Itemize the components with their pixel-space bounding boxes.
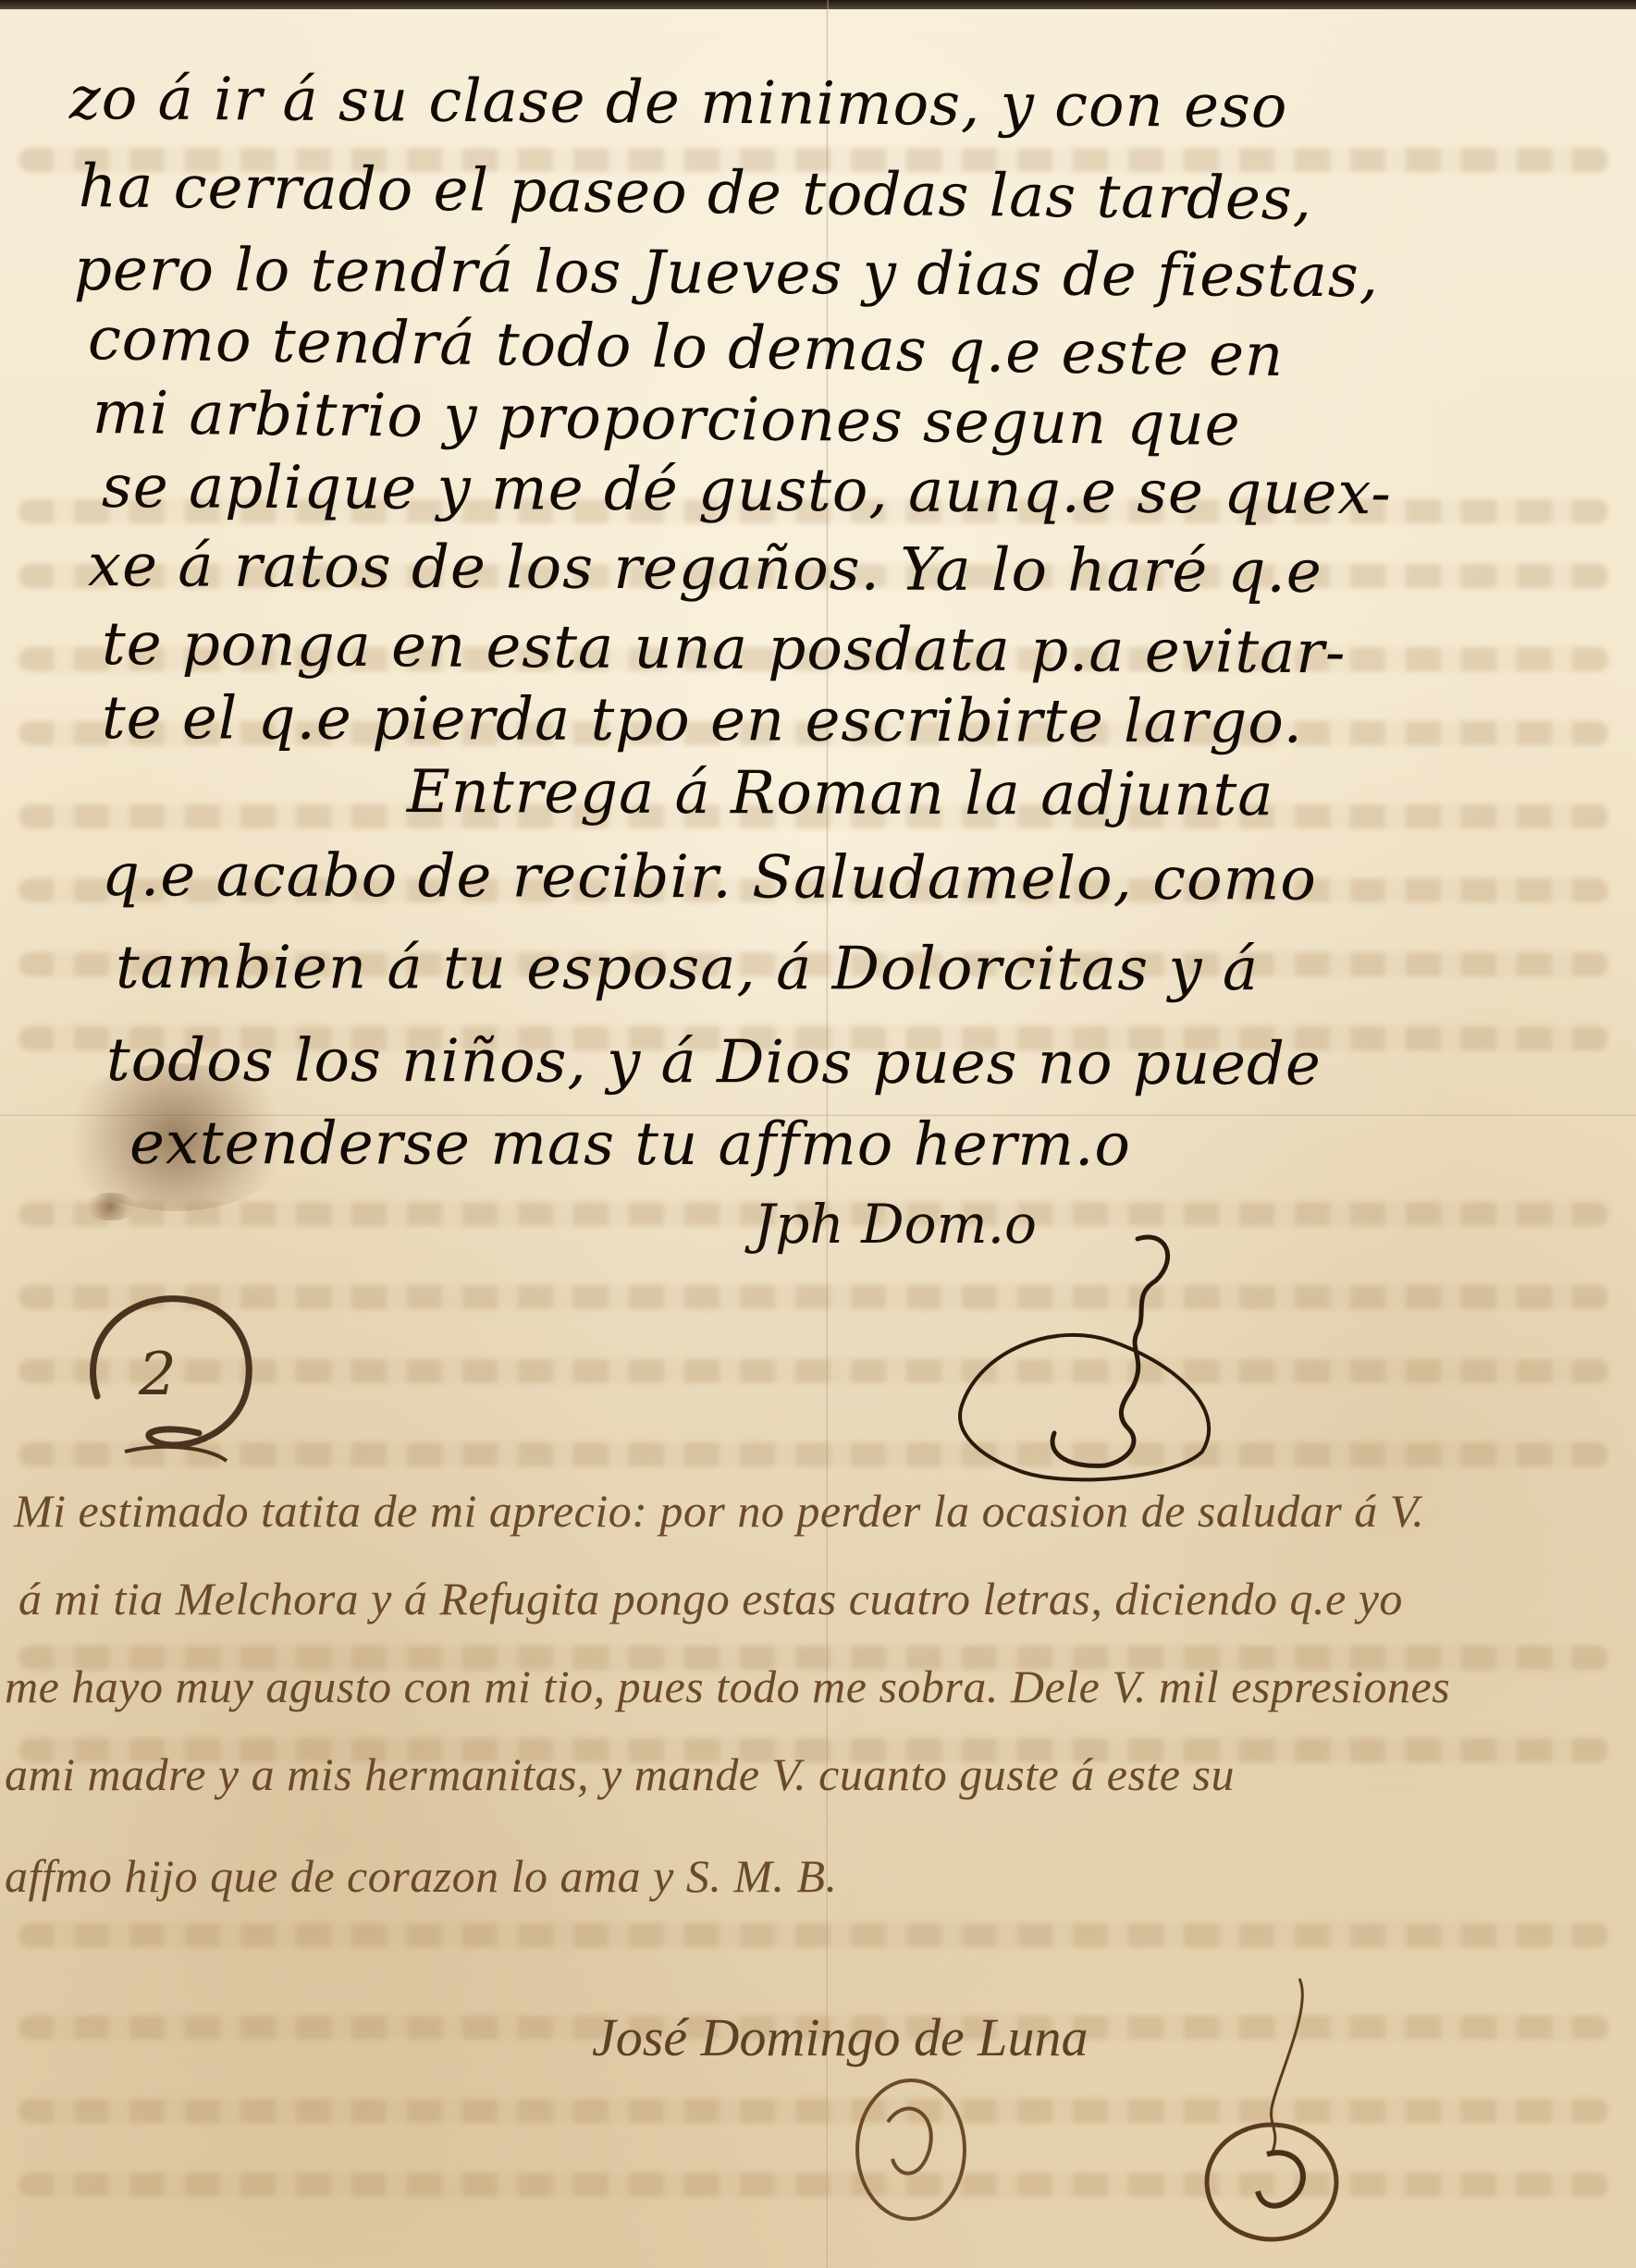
text-line: zo á ir á su clase de minimos, y con eso (69, 65, 1288, 141)
text-line: te ponga en esta una posdata p.a evitar- (102, 610, 1347, 687)
rubric-flourish-icon (925, 1211, 1230, 1479)
letter-page: zo á ir á su clase de minimos, y con eso… (0, 0, 1636, 2268)
text-line: como tendrá todo lo demas q.e este en (87, 305, 1284, 390)
ink-smudge (83, 1193, 139, 1220)
text-line: mi arbitrio y proporciones segun que (92, 379, 1241, 460)
signature-flourish-icon (851, 2066, 980, 2228)
text-line: todos los niños, y á Dios pues no puede (106, 1026, 1322, 1099)
text-line: affmo hijo que de corazon lo ama y S. M.… (5, 1849, 838, 1903)
scan-top-edge (0, 0, 1636, 9)
text-line: tambien á tu esposa, á Dolorcitas y á (116, 934, 1259, 1004)
margin-number: 2 (139, 1345, 177, 1404)
text-line: Entrega á Roman la adjunta (407, 758, 1274, 829)
text-line: á mi tia Melchora y á Refugita pongo est… (18, 1572, 1403, 1625)
bleed-through-line (18, 1923, 1609, 1947)
bleed-through-line (18, 2173, 1609, 2197)
text-line: ha cerrado el paseo de todas las tardes, (79, 153, 1313, 234)
text-line: xe á ratos de los regaños. Ya lo haré q.… (88, 532, 1322, 607)
signature-2: José Domingo de Luna (592, 2006, 1088, 2068)
text-line: ami madre y a mis hermanitas, y mande V.… (5, 1747, 1235, 1801)
bleed-through-line (18, 2099, 1609, 2123)
text-line: se aplique y me dé gusto, aunq.e se quex… (102, 453, 1392, 528)
text-line: te el q.e pierda tpo en escribirte largo… (102, 684, 1303, 757)
text-line: me hayo muy agusto con mi tio, pues todo… (5, 1660, 1450, 1713)
rubric-flourish-icon (1193, 1969, 1350, 2247)
text-line: Mi estimado tatita de mi aprecio: por no… (14, 1484, 1424, 1538)
text-line: extenderse mas tu affmo herm.o (129, 1109, 1131, 1180)
text-line: pero lo tendrá los Jueves y dias de fies… (74, 236, 1379, 311)
text-line: q.e acabo de recibir. Saludamelo, como (102, 841, 1317, 914)
